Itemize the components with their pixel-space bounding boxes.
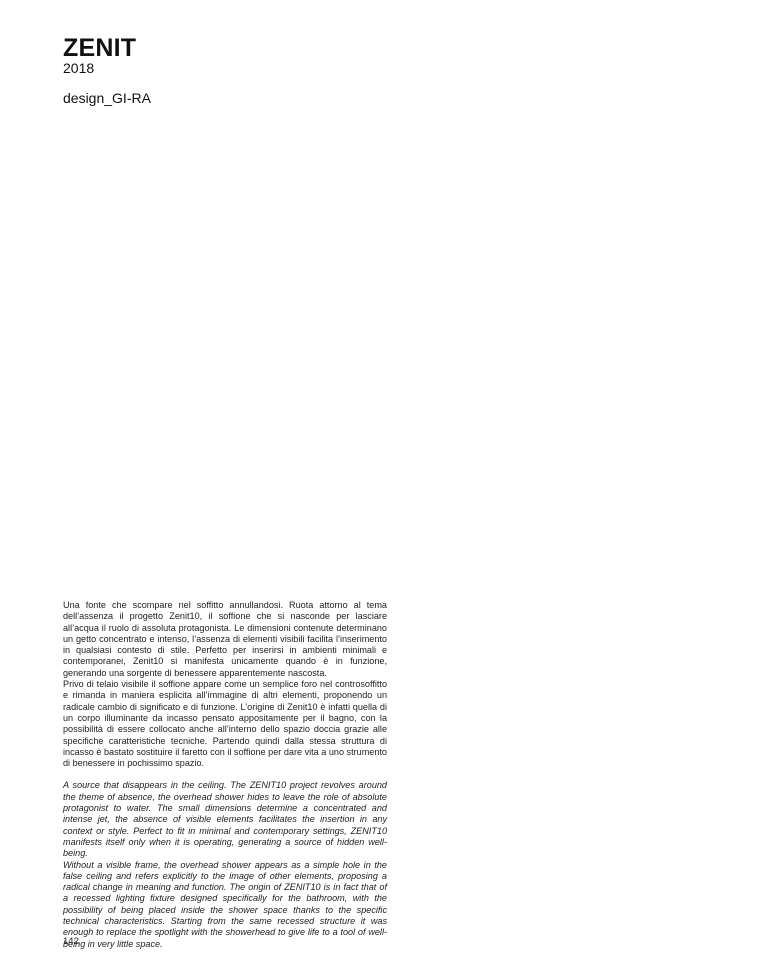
english-paragraph-2: Without a visible frame, the overhead sh…	[63, 860, 387, 950]
product-title: ZENIT	[63, 34, 136, 62]
english-paragraph-1: A source that disappears in the ceiling.…	[63, 780, 387, 859]
italian-description: Una fonte che scompare nel soffitto annu…	[63, 600, 387, 769]
product-year: 2018	[63, 60, 94, 76]
english-description: A source that disappears in the ceiling.…	[63, 780, 387, 949]
italian-paragraph-2: Privo di telaio visibile il soffione app…	[63, 679, 387, 769]
description-block: Una fonte che scompare nel soffitto annu…	[63, 600, 387, 950]
designer-credit: design_GI-RA	[63, 90, 151, 106]
italian-paragraph-1: Una fonte che scompare nel soffitto annu…	[63, 600, 387, 679]
page-number: 142	[63, 936, 79, 948]
